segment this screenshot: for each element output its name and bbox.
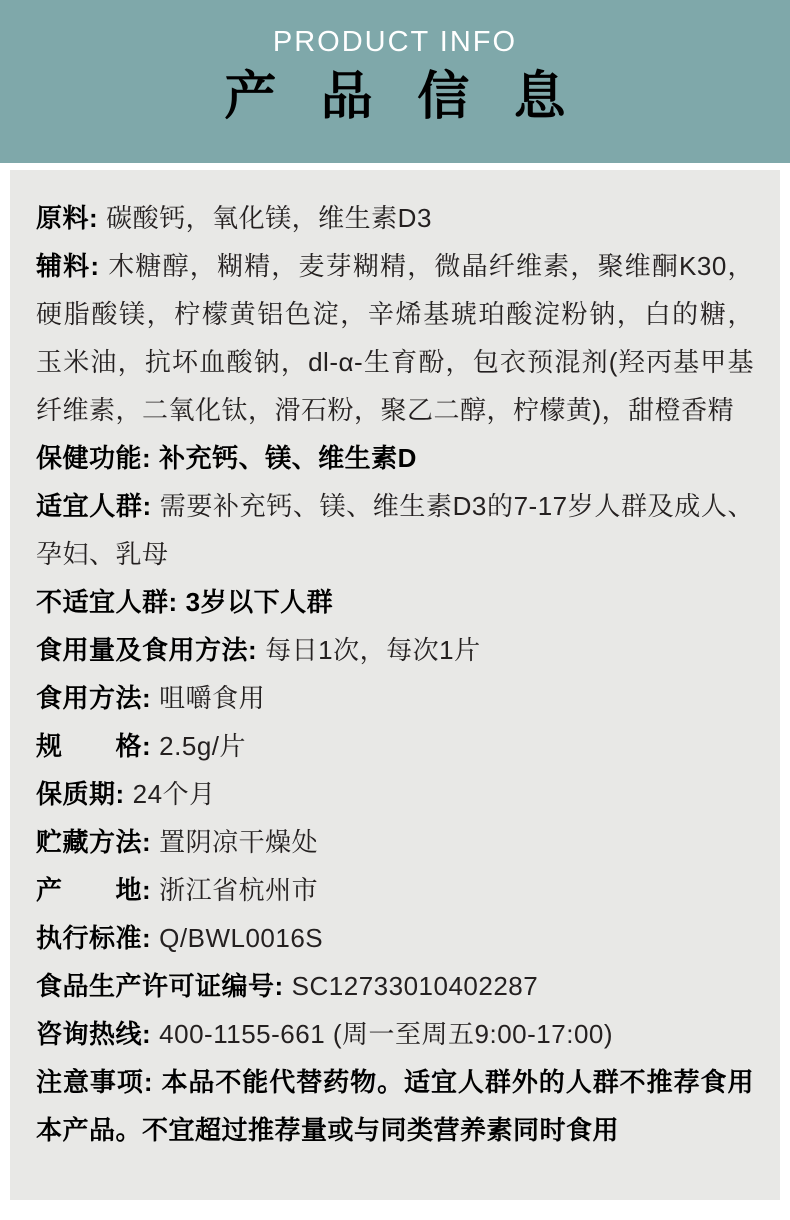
info-label: 保健功能: xyxy=(36,443,151,473)
info-label: 产 地: xyxy=(36,875,151,905)
info-label: 食用方法: xyxy=(36,683,151,713)
info-row-eating-method: 食用方法:咀嚼食用 xyxy=(36,674,754,722)
info-value: Q/BWL0016S xyxy=(159,923,323,953)
info-value: 咀嚼食用 xyxy=(159,683,265,713)
info-card: 原料:碳酸钙，氧化镁，维生素D3 辅料:木糖醇，糊精，麦芽糊精，微晶纤维素，聚维… xyxy=(10,170,780,1200)
info-row-dosage: 食用量及食用方法:每日1次，每次1片 xyxy=(36,626,754,674)
product-info-page: PRODUCT INFO 产 品 信 息 原料:碳酸钙，氧化镁，维生素D3 辅料… xyxy=(0,0,790,1220)
info-value: 2.5g/片 xyxy=(159,731,246,761)
info-value: 每日1次，每次1片 xyxy=(265,635,480,665)
info-value: 浙江省杭州市 xyxy=(159,875,318,905)
info-row-hotline: 咨询热线:400-1155-661 (周一至周五9:00-17:00) xyxy=(36,1010,754,1058)
info-label: 适宜人群: xyxy=(36,491,152,521)
info-label: 执行标准: xyxy=(36,923,151,953)
info-value: 木糖醇，糊精，麦芽糊精，微晶纤维素，聚维酮K30，硬脂酸镁，柠檬黄铝色淀，辛烯基… xyxy=(36,251,754,425)
info-value: 24个月 xyxy=(133,779,216,809)
info-row-health-function: 保健功能:补充钙、镁、维生素D xyxy=(36,434,754,482)
info-label: 保质期: xyxy=(36,779,125,809)
info-value: 置阴凉干燥处 xyxy=(159,827,318,857)
info-row-shelf-life: 保质期:24个月 xyxy=(36,770,754,818)
info-value: 400-1155-661 (周一至周五9:00-17:00) xyxy=(159,1019,613,1049)
info-value: 3岁以下人群 xyxy=(186,587,333,617)
info-label: 咨询热线: xyxy=(36,1019,151,1049)
info-row-storage: 贮藏方法:置阴凉干燥处 xyxy=(36,818,754,866)
info-row-specification: 规 格:2.5g/片 xyxy=(36,722,754,770)
info-label: 食品生产许可证编号: xyxy=(36,971,284,1001)
info-label: 规 格: xyxy=(36,731,151,761)
info-label: 原料: xyxy=(36,203,98,233)
info-row-origin: 产 地:浙江省杭州市 xyxy=(36,866,754,914)
info-value: SC12733010402287 xyxy=(292,971,539,1001)
page-title: 产 品 信 息 xyxy=(0,69,790,126)
info-row-raw-materials: 原料:碳酸钙，氧化镁，维生素D3 xyxy=(36,194,754,242)
info-row-precautions: 注意事项:本品不能代替药物。适宜人群外的人群不推荐食用本产品。不宜超过推荐量或与… xyxy=(36,1058,754,1154)
page-header: PRODUCT INFO 产 品 信 息 xyxy=(0,0,790,163)
info-value: 碳酸钙，氧化镁，维生素D3 xyxy=(106,203,432,233)
info-label: 不适宜人群: xyxy=(36,587,178,617)
info-row-license-number: 食品生产许可证编号:SC12733010402287 xyxy=(36,962,754,1010)
header-subtitle-en: PRODUCT INFO xyxy=(0,0,790,57)
info-row-standard: 执行标准:Q/BWL0016S xyxy=(36,914,754,962)
info-label: 注意事项: xyxy=(36,1067,153,1097)
info-label: 食用量及食用方法: xyxy=(36,635,257,665)
info-value: 补充钙、镁、维生素D xyxy=(159,443,417,473)
info-label: 辅料: xyxy=(36,251,100,281)
info-row-unsuitable-group: 不适宜人群:3岁以下人群 xyxy=(36,578,754,626)
info-row-excipients: 辅料:木糖醇，糊精，麦芽糊精，微晶纤维素，聚维酮K30，硬脂酸镁，柠檬黄铝色淀，… xyxy=(36,242,754,434)
info-row-suitable-group: 适宜人群:需要补充钙、镁、维生素D3的7-17岁人群及成人、孕妇、乳母 xyxy=(36,482,754,578)
info-label: 贮藏方法: xyxy=(36,827,151,857)
